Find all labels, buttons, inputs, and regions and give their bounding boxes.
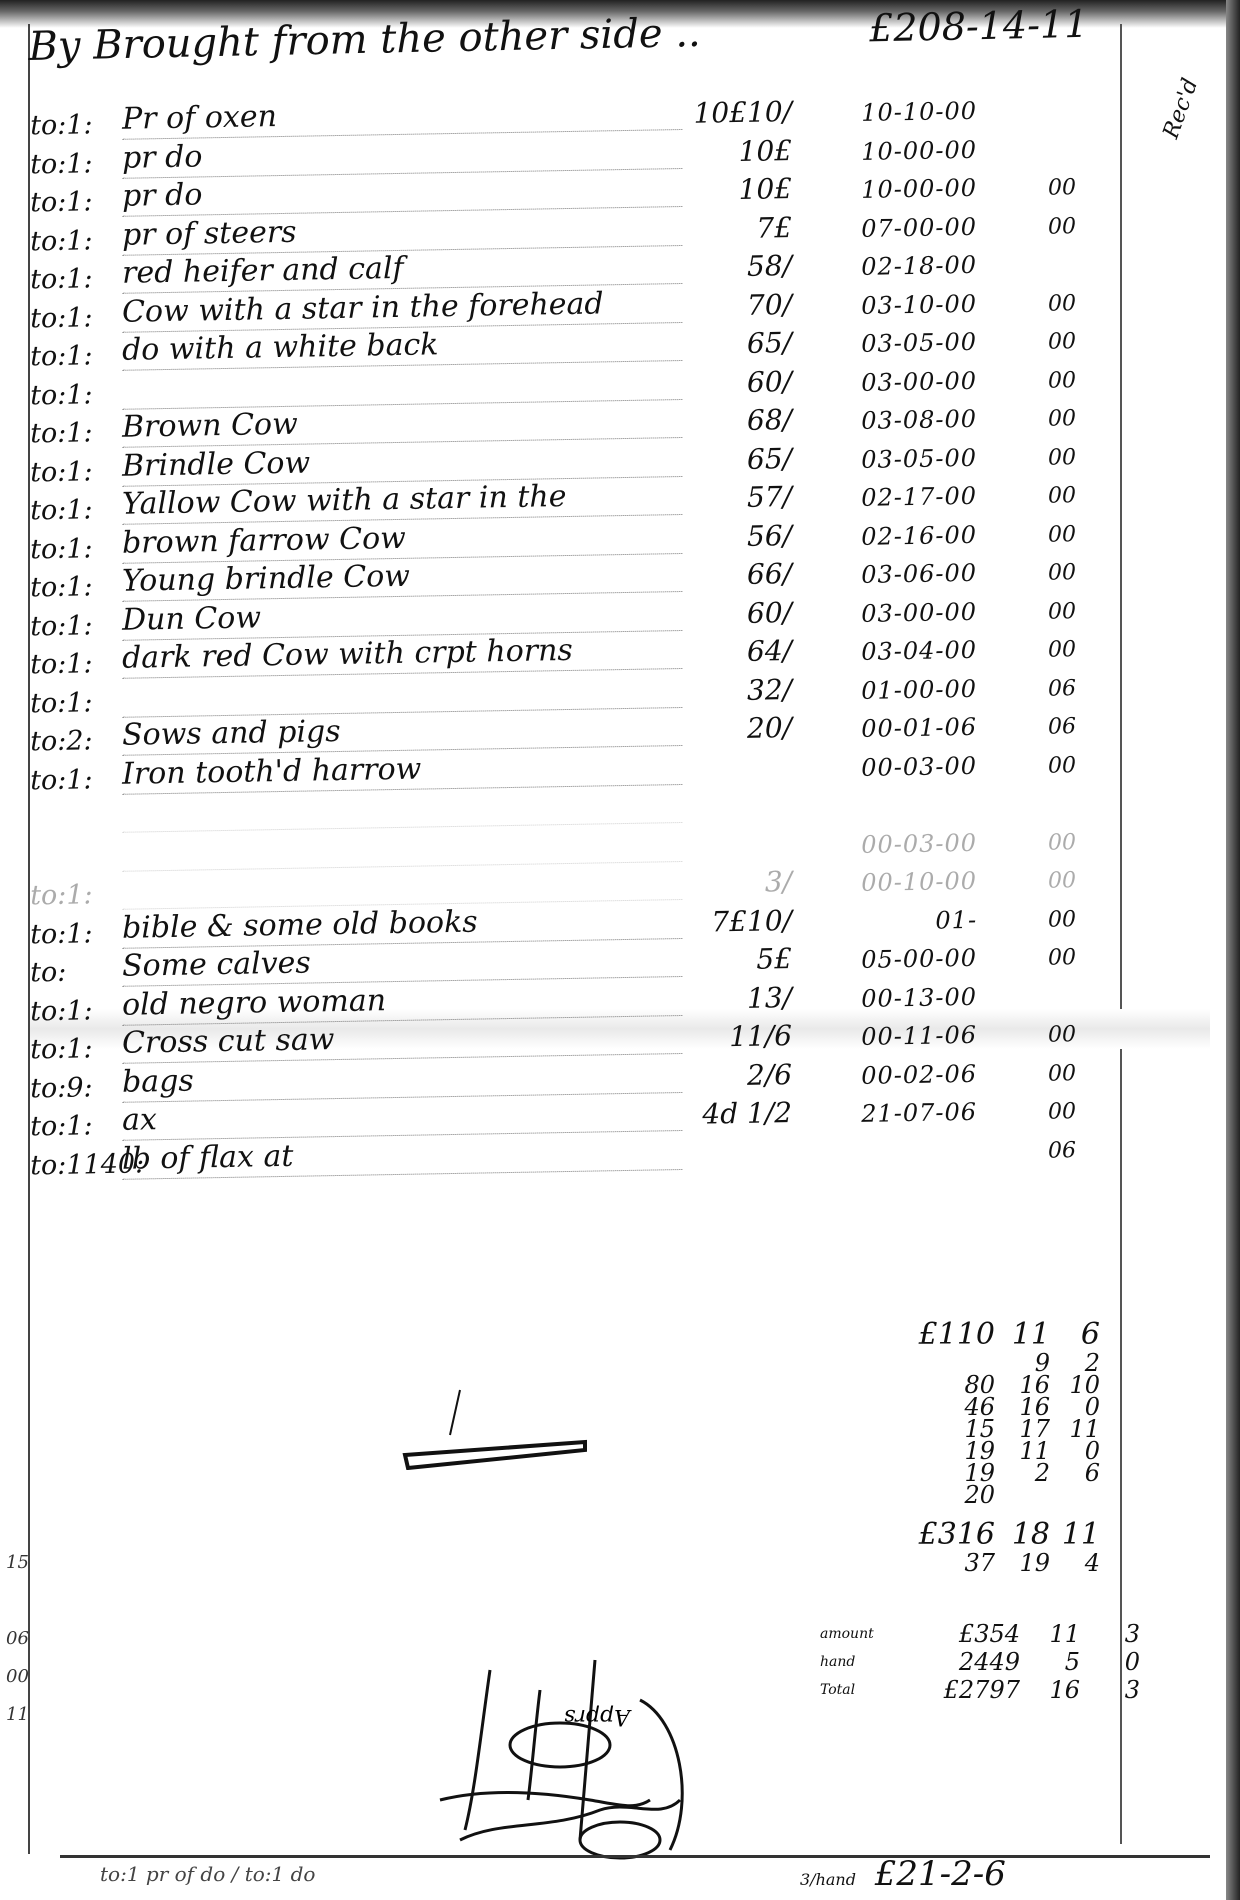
subtotal-column: £110116928016104616015171119110192620£31… (915, 1318, 1100, 1574)
entry-qty: to:1: (30, 378, 123, 411)
svg-text:Apprs: Apprs (564, 1704, 632, 1729)
entry-pence: 00 (1007, 405, 1117, 432)
entry-rate: 4d 1/2 (682, 1096, 793, 1131)
grand-l: £2797 (910, 1676, 1020, 1704)
entry-rate: 10£10/ (682, 95, 793, 130)
entry-pence: 00 (1007, 1098, 1117, 1125)
subtotal-pounds: £316 (915, 1518, 995, 1552)
entry-amount: 03-00-00 (792, 366, 977, 397)
entry-rate: 56/ (682, 518, 793, 553)
header-total: £208-14-11 (869, 2, 1089, 53)
entry-amount: 05-00-00 (792, 943, 977, 974)
margin-fragment (6, 1354, 30, 1392)
entry-pence: 00 (1007, 1021, 1117, 1048)
entry-qty: to:1: (30, 301, 123, 334)
subtotal-pence (1050, 1484, 1100, 1506)
margin-fragment (6, 1278, 30, 1316)
entry-amount: 07-00-00 (792, 212, 977, 243)
entry-qty: to:1: (30, 994, 123, 1027)
pen-mark-icon (390, 1380, 610, 1470)
margin-fragment (6, 1240, 30, 1278)
entry-pence: 00 (1007, 212, 1117, 239)
entry-rate: 68/ (682, 403, 793, 438)
grand-total-block: amount£354113hand244950Total£2797163 (820, 1620, 1140, 1704)
entry-qty: to:1: (30, 532, 123, 565)
entry-amount: 02-16-00 (792, 520, 977, 551)
margin-fragment (6, 1468, 30, 1506)
entry-pence: 00 (1007, 828, 1117, 855)
margin-fragment: 15 (6, 1544, 30, 1582)
margin-fragment (6, 176, 30, 214)
subtotal-row: 151711 (915, 1418, 1100, 1440)
entry-pence: 06 (1007, 674, 1117, 701)
subtotal-shillings: 11 (995, 1318, 1050, 1352)
entry-rate: 2/6 (682, 1057, 793, 1092)
page-right-edge (1226, 0, 1240, 1900)
entry-pence: 00 (1007, 443, 1117, 470)
entry-qty: to:1: (30, 493, 123, 526)
margin-fragment (6, 974, 30, 1012)
entry-qty: to:1: (30, 185, 123, 218)
margin-fragment (6, 1012, 30, 1050)
margin-fragment (6, 708, 30, 746)
entry-pence: 00 (1007, 289, 1117, 316)
margin-fragment (6, 1202, 30, 1240)
entry-pence: 00 (1007, 520, 1117, 547)
entry-rate: 66/ (682, 557, 793, 592)
bottom-right-amount: £21-2-6 (875, 1854, 1006, 1894)
subtotal-row: 801610 (915, 1374, 1100, 1396)
margin-fragment (6, 1050, 30, 1088)
entry-amount (792, 1164, 977, 1167)
entry-amount: 10-00-00 (792, 173, 977, 204)
margin-fragment (6, 366, 30, 404)
grand-l: £354 (910, 1620, 1020, 1648)
entry-rate: 5£ (682, 942, 793, 977)
grand-s: 16 (1020, 1676, 1080, 1704)
subtotal-shillings: 19 (995, 1552, 1050, 1574)
entry-rate: 65/ (682, 326, 793, 361)
margin-fragment (6, 138, 30, 176)
entry-pence: 00 (1007, 174, 1117, 201)
grand-l: 2449 (910, 1648, 1020, 1676)
subtotal-pence: 11 (1050, 1518, 1100, 1552)
entry-pence: 00 (1007, 597, 1117, 624)
entry-amount: 03-04-00 (792, 635, 977, 666)
entry-rate: 64/ (682, 634, 793, 669)
entry-rate: 7£ (682, 210, 793, 245)
subtotal-shillings: 2 (995, 1462, 1050, 1484)
subtotal-shillings (995, 1484, 1050, 1506)
entry-rate: 32/ (682, 672, 793, 707)
margin-fragment (6, 1392, 30, 1430)
entry-rate: 13/ (682, 980, 793, 1015)
left-margin-fragments: 15060011 (6, 100, 30, 1734)
margin-fragment (6, 100, 30, 138)
entry-amount: 03-08-00 (792, 404, 977, 435)
grand-label: Total (820, 1676, 910, 1704)
entry-amount: 00-10-00 (792, 866, 977, 897)
entry-rate: 60/ (682, 364, 793, 399)
entry-qty: to:1: (30, 647, 123, 680)
entry-pence: 06 (1007, 713, 1117, 740)
entry-amount: 10-10-00 (792, 96, 977, 127)
entry-qty: to:1: (30, 339, 123, 372)
signature-flourish: Apprs (420, 1650, 780, 1860)
entry-amount: 01-00-00 (792, 674, 977, 705)
margin-fragment (6, 556, 30, 594)
margin-fragment (6, 1088, 30, 1126)
entry-qty: to:1: (30, 609, 123, 642)
margin-fragment: 00 (6, 1658, 30, 1696)
subtotal-pence: 6 (1050, 1462, 1100, 1484)
margin-fragment (6, 1316, 30, 1354)
margin-fragment (6, 480, 30, 518)
margin-fragment (6, 784, 30, 822)
margin-fragment (6, 442, 30, 480)
entry-amount: 00-13-00 (792, 982, 977, 1013)
grand-label: amount (820, 1620, 910, 1648)
entry-qty: to:1: (30, 917, 123, 950)
margin-fragment (6, 1164, 30, 1202)
margin-fragment: 11 (6, 1696, 30, 1734)
margin-fragment (6, 860, 30, 898)
margin-fragment: 06 (6, 1620, 30, 1658)
subtotal-row: 37194 (915, 1552, 1100, 1574)
entry-pence: 06 (1007, 1136, 1117, 1163)
margin-fragment (6, 822, 30, 860)
entry-rate: 7£10/ (682, 903, 793, 938)
margin-fragment (6, 632, 30, 670)
entry-qty: to:1: (30, 1109, 123, 1142)
entry-qty: to:1: (30, 570, 123, 603)
margin-fragment (6, 1126, 30, 1164)
entry-rate: 3/ (682, 865, 793, 900)
entry-qty: to:1: (30, 108, 123, 141)
bottom-right-label: 3/hand (800, 1870, 856, 1889)
entry-rate (682, 1167, 792, 1169)
grand-d: 3 (1080, 1620, 1140, 1648)
margin-fragment (6, 252, 30, 290)
subtotal-row: £110116 (915, 1318, 1100, 1352)
subtotal-pounds: £110 (915, 1318, 995, 1352)
grand-label: hand (820, 1648, 910, 1676)
entry-rate: 65/ (682, 441, 793, 476)
subtotal-row: 19110 (915, 1440, 1100, 1462)
grand-s: 11 (1020, 1620, 1080, 1648)
subtotal-pence: 6 (1050, 1318, 1100, 1352)
margin-fragment (6, 1430, 30, 1468)
entry-pence: 00 (1007, 636, 1117, 663)
entry-qty: to: (30, 955, 123, 988)
margin-fragment (6, 1506, 30, 1544)
subtotal-pounds: 37 (915, 1552, 995, 1574)
margin-fragment (6, 328, 30, 366)
entry-rate: 10£ (682, 172, 793, 207)
grand-total-row: Total£2797163 (820, 1676, 1140, 1704)
margin-fragment (6, 936, 30, 974)
subtotal-pence: 4 (1050, 1552, 1100, 1574)
entry-rate: 60/ (682, 595, 793, 630)
entry-qty: to:1: (30, 262, 123, 295)
entry-pence: 00 (1007, 867, 1117, 894)
entry-rate: 10£ (682, 133, 793, 168)
grand-total-row: amount£354113 (820, 1620, 1140, 1648)
entry-qty: to:1: (30, 878, 123, 911)
grand-total-row: hand244950 (820, 1648, 1140, 1676)
subtotal-pounds: 20 (915, 1484, 995, 1506)
subtotal-shillings: 18 (995, 1518, 1050, 1552)
entry-amount: 02-17-00 (792, 481, 977, 512)
entry-pence: 00 (1007, 751, 1117, 778)
entry-amount: 01- (792, 905, 977, 936)
entry-qty: to:1: (30, 455, 123, 488)
bottom-right-total: 3/hand £21-2-6 (800, 1854, 1006, 1894)
grand-s: 5 (1020, 1648, 1080, 1676)
entry-amount: 03-10-00 (792, 289, 977, 320)
entry-qty: to:2: (30, 724, 123, 757)
entry-pence: 00 (1007, 1059, 1117, 1086)
margin-fragment (6, 404, 30, 442)
entry-amount: 03-05-00 (792, 327, 977, 358)
entry-rate: 20/ (682, 711, 793, 746)
entry-qty: to:1: (30, 416, 123, 449)
entry-rate: 58/ (682, 249, 793, 284)
entry-rate: 11/6 (682, 1019, 793, 1054)
entry-pence: 00 (1007, 559, 1117, 586)
entry-amount: 10-00-00 (792, 135, 977, 166)
entry-qty: to:1140: (30, 1148, 123, 1181)
entry-amount: 00-03-00 (792, 751, 977, 782)
entry-amount: 00-03-00 (792, 828, 977, 859)
entry-amount: 21-07-06 (792, 1097, 977, 1128)
entry-qty: to:1: (30, 763, 123, 796)
entry-amount: 02-18-00 (792, 250, 977, 281)
margin-fragment (6, 898, 30, 936)
entry-pence: 00 (1007, 366, 1117, 393)
entry-pence: 00 (1007, 482, 1117, 509)
margin-fragment (6, 746, 30, 784)
bottom-page-strip: to:1 pr of do / to:1 do 3/hand £21-2-6 (60, 1855, 1210, 1900)
entry-amount: 00-01-06 (792, 712, 977, 743)
entry-amount: 03-00-00 (792, 597, 977, 628)
entry-pence: 00 (1007, 328, 1117, 355)
margin-fragment (6, 1582, 30, 1620)
subtotal-row: 20 (915, 1484, 1100, 1506)
entry-list: to:1:Pr of oxen10£10/10-10-00to:1:pr do1… (30, 92, 1220, 1170)
entry-qty: to:1: (30, 686, 123, 719)
margin-fragment (6, 214, 30, 252)
entry-qty: to:1: (30, 224, 123, 257)
grand-d: 0 (1080, 1648, 1140, 1676)
entry-amount: 00-11-06 (792, 1020, 977, 1051)
entry-qty: to:1: (30, 1032, 123, 1065)
entry-rate: 57/ (682, 480, 793, 515)
margin-fragment (6, 518, 30, 556)
entry-pence: 00 (1007, 905, 1117, 932)
entry-amount: 03-06-00 (792, 558, 977, 589)
margin-fragment (6, 290, 30, 328)
bottom-left-fragment: to:1 pr of do / to:1 do (100, 1862, 315, 1886)
entry-amount: 00-02-06 (792, 1059, 977, 1090)
entry-amount: 03-05-00 (792, 443, 977, 474)
grand-d: 3 (1080, 1676, 1140, 1704)
entry-pence: 00 (1007, 944, 1117, 971)
margin-fragment (6, 670, 30, 708)
margin-fragment (6, 594, 30, 632)
subtotal-row: £3161811 (915, 1518, 1100, 1552)
entry-rate: 70/ (682, 287, 793, 322)
entry-qty: to:9: (30, 1071, 123, 1104)
entry-qty: to:1: (30, 147, 123, 180)
subtotal-row: 1926 (915, 1462, 1100, 1484)
